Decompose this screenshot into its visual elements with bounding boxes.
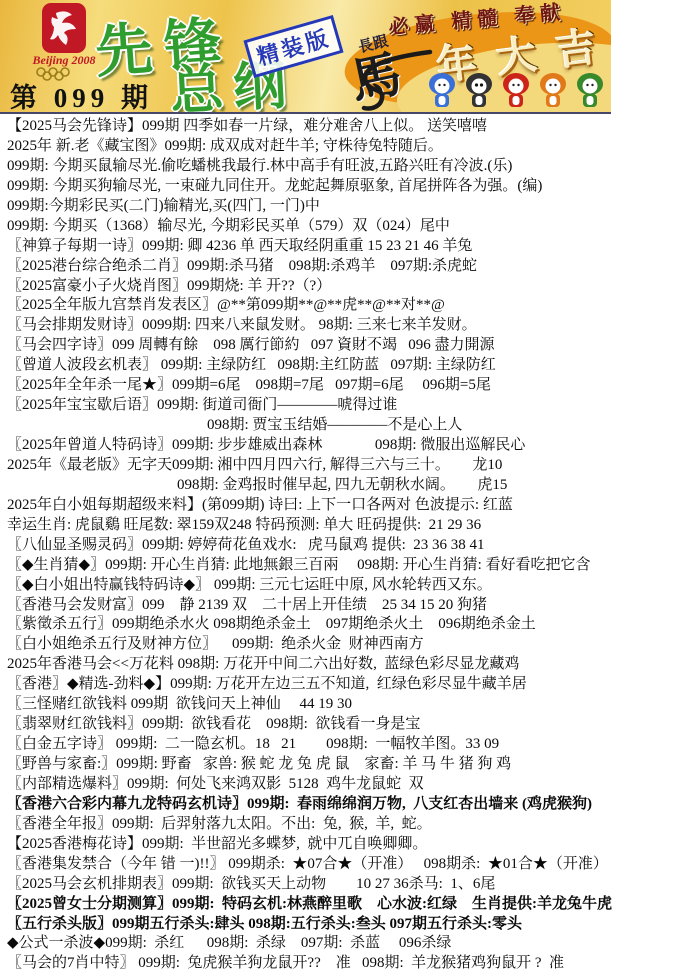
text-line: 〖野兽与家畜:〗099期: 野畜 家兽: 猴 蛇 龙 兔 虎 鼠 家畜: 羊 马… [7, 755, 700, 775]
text-line: 〖香港〗◆精选-劲料◆】099期: 万花开左边三五不知道, 红绿色彩尽显牛藏羊居 [7, 675, 700, 695]
text-line: 〖三怪赌红欲钱料 099期 欲钱问天上神仙 44 19 30 [7, 695, 700, 715]
text-line: 〖2025年宝宝歇后语〗099期: 街道司衙门————唬得过谁 [7, 396, 700, 416]
text-line: 〖马会的7肖中特〗 099期: 兔虎猴羊狗龙鼠开?? 准 098期: 羊龙猴猪鸡… [7, 954, 700, 974]
text-line: 〖◆白小姐出特赢钱特码诗◆〗 099期: 三元七运旺中原, 风水轮转西又东。 [7, 576, 700, 596]
text-line: 〖八仙显圣赐灵码〗099期: 婷婷荷花鱼戏水: 虎马鼠鸡 提供: 23 36 3… [7, 536, 700, 556]
fuwa-orange-icon [540, 73, 566, 107]
text-line: 幸运生肖: 虎鼠鷄 旺尾数: 翠159双248 特码预测: 单大 旺码提供: 2… [7, 516, 700, 536]
text-line: 099期: 今期买鼠输尽光.偷吃蟠桃我最行.林中高手有旺波,五路兴旺有冷波.(乐… [7, 157, 700, 177]
text-line: 099期:今期彩民买(二门)输精光,买(四门, 一门)中 [7, 197, 700, 217]
text-line: 2025年白小姐每期超级来料】(第099期) 诗曰: 上下一口各两对 色波提示:… [7, 496, 700, 516]
text-line: 2025年香港马会<<万花料 098期: 万花开中间二六出好数, 蓝绿色彩尽显龙… [7, 655, 700, 675]
fuwa-mascots [427, 72, 611, 112]
tip-sheet-page: { "header": { "title_line1": "先锋", "titl… [0, 0, 700, 976]
text-line: 099期: 今期买（1368）输尽光, 今期彩民买单（579）双（024）尾中 [7, 217, 700, 237]
text-line: 〖2025年曾道人特码诗〗099期: 步步雄威出森林 098期: 微服出巡解民心 [7, 436, 700, 456]
text-line: 〖2025年全年杀一尾★〗099期=6尾 098期=7尾 097期=6尾 096… [7, 376, 700, 396]
text-line: 〖白金五字诗〗 099期: 二一隐玄机。18 21 098期: 一幅牧羊图。33… [7, 735, 700, 755]
text-line: 〖内部精选爆料〗099期: 何处飞来鸿双影 5128 鸡牛龙鼠蛇 双 [7, 775, 700, 795]
fuwa-blue-icon [429, 73, 455, 107]
tip-lines-list: 【2025马会先锋诗】099期 四季如春一片绿，难分难舍八上似。 送笑嘻嘻202… [7, 117, 700, 974]
text-line: 〖2025富豪小子火烧肖图〗099期烧: 羊 开??（?） [7, 277, 700, 297]
text-line: 〖2025曾女士分期测算〗099期: 特码玄机:林燕醉里歌 心水波:红绿 生肖提… [7, 895, 700, 915]
text-line: 〖曾道人波段玄机表〗 099期: 主绿防红 098期:主红防蓝 097期: 主绿… [7, 356, 700, 376]
text-line: 099期: 今期买狗输尽光, 一束碰九同住开。龙蛇起舞原驱象, 首尾拼阵各为强。… [7, 177, 700, 197]
text-line: 098期: 贾宝玉结婚————不是心上人 [7, 416, 700, 436]
text-line: 【2025香港梅花诗】099期: 半世韶光多蝶梦, 就中兀自唤卿卿。 [7, 835, 700, 855]
calligraphy-flourish-icon [344, 48, 436, 112]
text-line: 〖紫徵杀五行〗099期绝杀水火 098期绝杀金土 097期绝杀火土 096期绝杀… [7, 615, 700, 635]
text-line: 〖马会四字诗〗099 周轉有餘 098 厲行節約 097 資財不竭 096 盡力… [7, 336, 700, 356]
header-banner: Beijing 2008 先锋 总纲 第 099 期 精装版 必赢 精髓 奉献 … [0, 0, 611, 114]
text-line: 〖神算子每期一诗〗099期: 卿 4236 单 西天取经阴重重 15 23 21… [7, 237, 700, 257]
text-line: 〖翡翠财红欲钱料〗099期: 欲钱看花 098期: 欲钱看一身是宝 [7, 715, 700, 735]
text-line: 〖香港集发禁合（今年 错 一)!!〗 099期杀: ★07合★（开准） 098期… [7, 855, 700, 875]
text-line: 〖香港全年报〗099期: 后羿射落九太阳。不出: 兔, 猴, 羊, 蛇。 [7, 815, 700, 835]
text-line: 〖2025全年版九宫禁肖发表区〗@**第099期**@**虎**@**对**@ [7, 296, 700, 316]
text-line: 〖马会排期发财诗〗0099期: 四来八来鼠发财。 98期: 三来七来羊发财。 [7, 316, 700, 336]
fuwa-red-icon [503, 73, 529, 107]
fuwa-green-icon [577, 73, 603, 107]
text-line: 2025年《最老版》无字天099期: 湘中四月四六行, 解得三六与三十。 龙10 [7, 456, 700, 476]
fuwa-panda-icon [466, 73, 492, 107]
text-line: 098期: 金鸡报时催早起, 四九无朝秋水阔。 虎15 [7, 476, 700, 496]
text-line: 〖2025港台综合绝杀二肖〗099期:杀马猪 098期:杀鸡羊 097期:杀虎蛇 [7, 257, 700, 277]
text-line: 〖白小姐绝杀五行及财神方位〗 099期: 绝杀火金 财神西南方 [7, 635, 700, 655]
beijing-seal-icon [42, 3, 86, 53]
text-line: 【2025马会先锋诗】099期 四季如春一片绿，难分难舍八上似。 送笑嘻嘻 [7, 117, 700, 137]
text-line: ◆公式一杀波◆099期: 杀红 098期: 杀绿 097期: 杀蓝 096杀绿 [7, 934, 700, 954]
text-line: 〖◆生肖猜◆〗099期: 开心生肖猜: 此地無銀三百兩 098期: 开心生肖猜:… [7, 556, 700, 576]
text-line: 〖五行杀头版〗099期五行杀头:肆头 098期:五行杀头:叁头 097期五行杀头… [7, 915, 700, 935]
issue-number: 第 099 期 [10, 76, 153, 114]
text-line: 〖2025马会玄机排期表〗099期: 欲钱买天上动物 10 27 36杀马: 1… [7, 875, 700, 895]
text-line: 〖香港六合彩内幕九龙特码玄机诗〗099期: 春雨绵绵润万物, 八支红杏出墙来 (… [7, 795, 700, 815]
text-line: 〖香港马会发财富〗099 静 2139 双 二十居上开佳绩 25 34 15 2… [7, 596, 700, 616]
text-line: 2025年 新.老《藏宝图》099期: 成双成对赶牛羊; 守株待兔特随后。 [7, 137, 700, 157]
